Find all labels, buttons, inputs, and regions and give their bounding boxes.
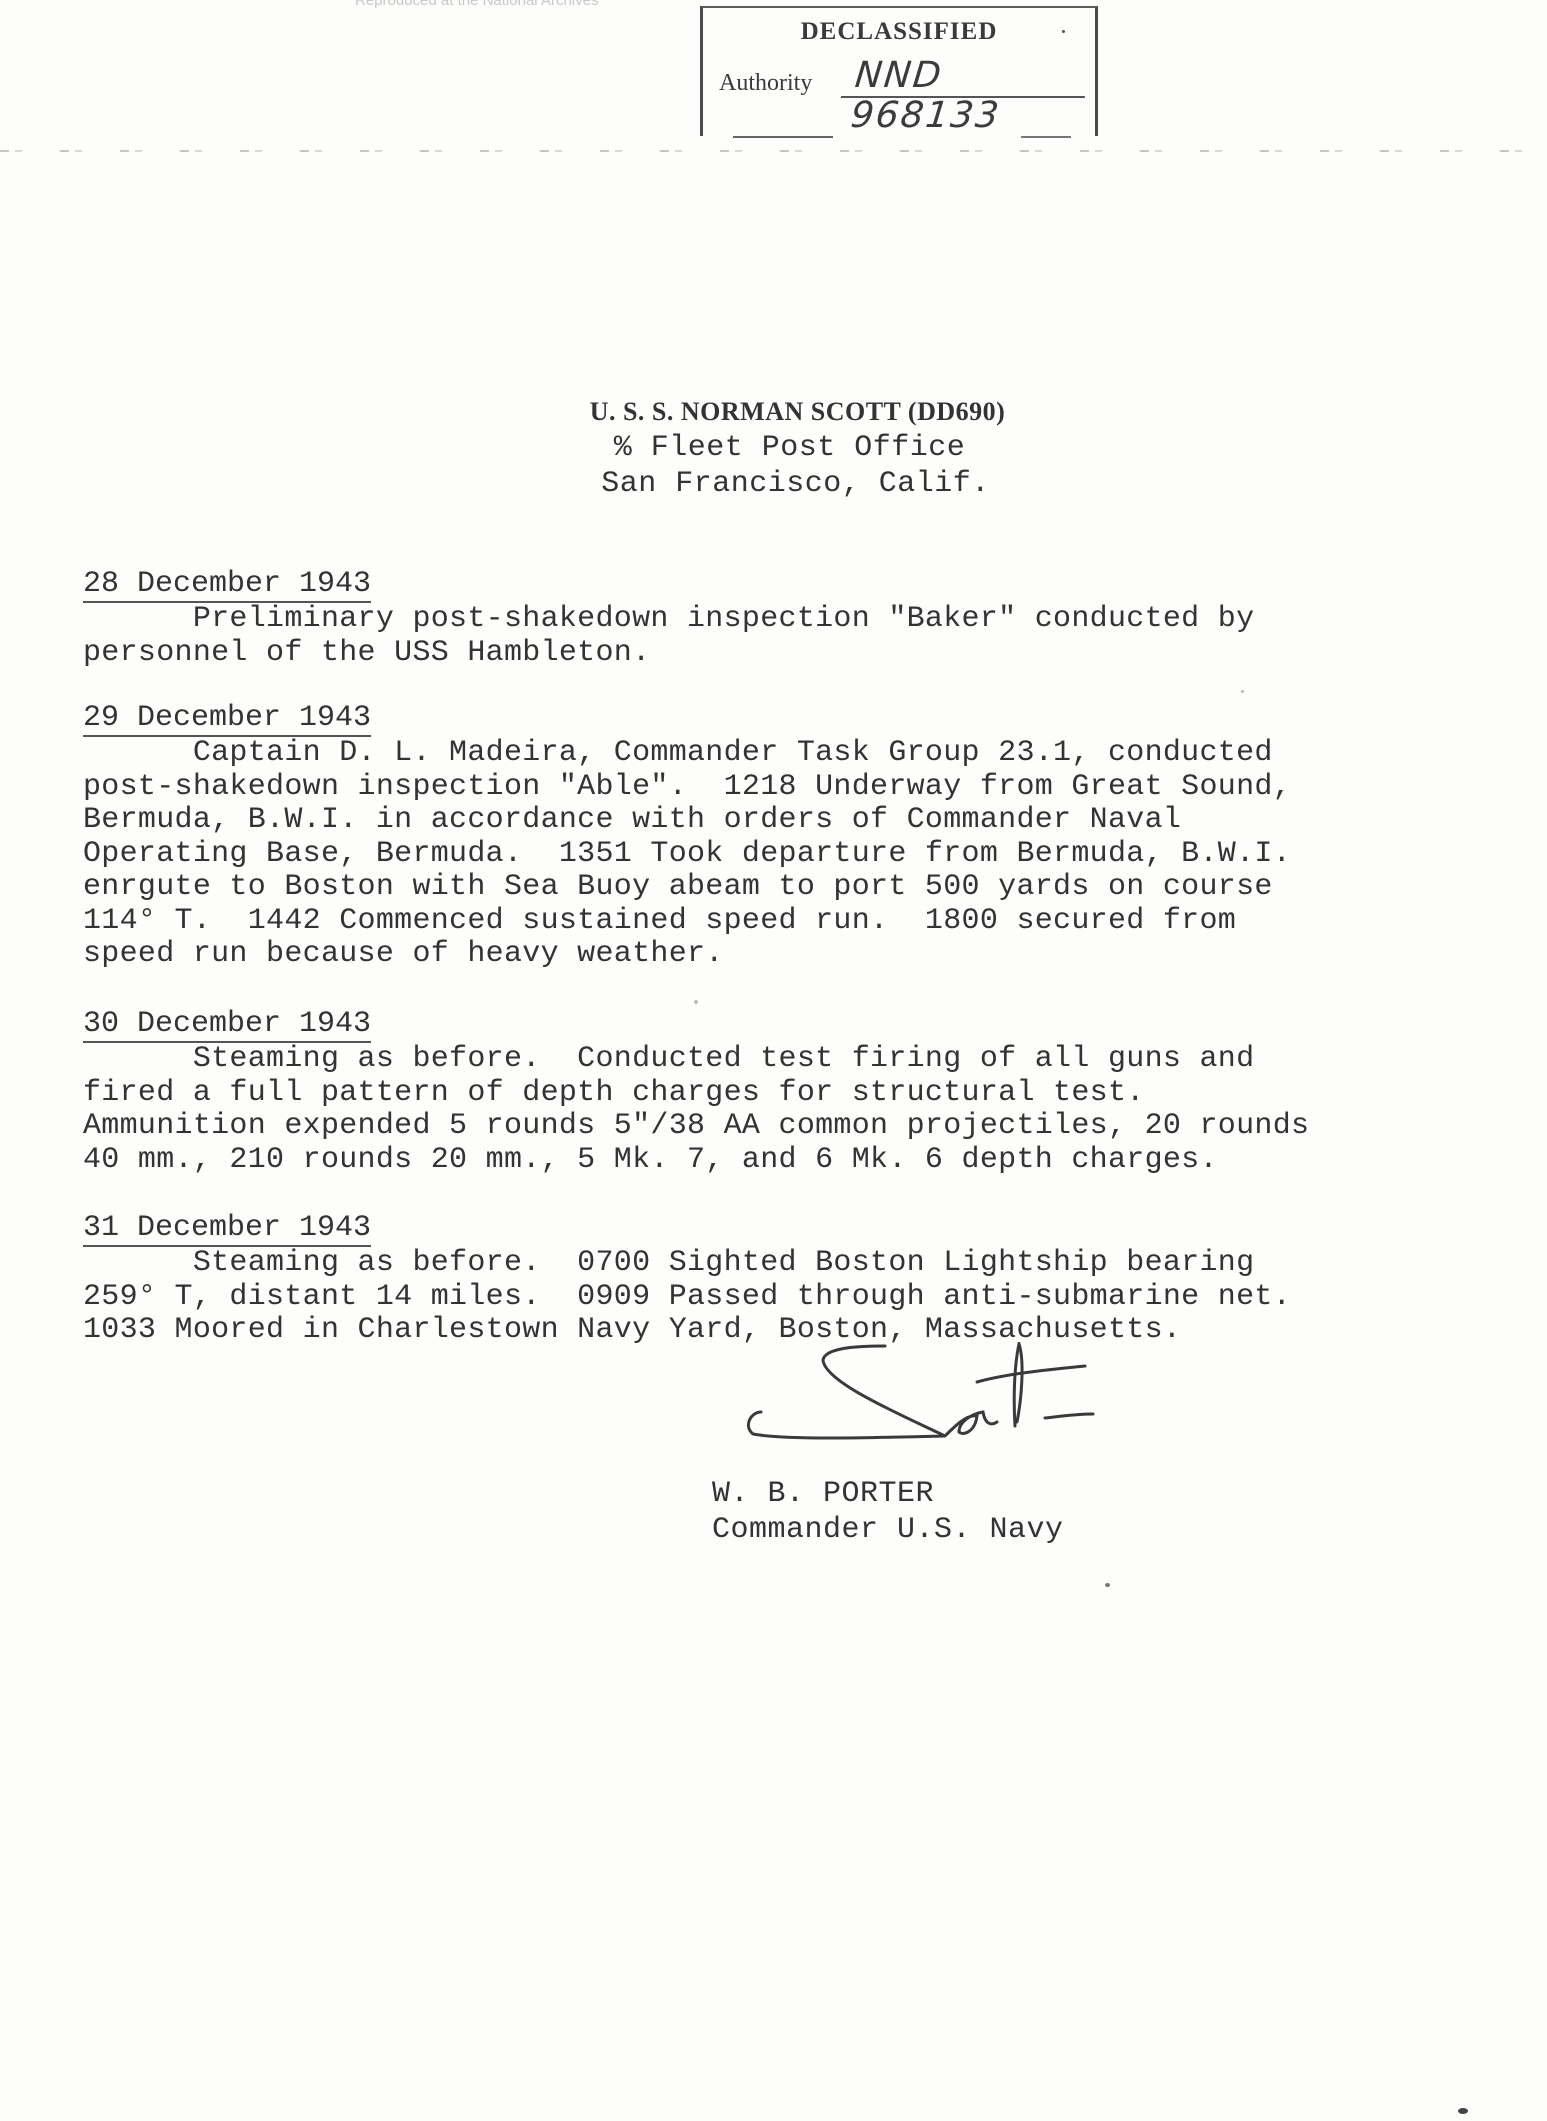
entry-date: 31 December 1943	[83, 1212, 371, 1247]
signer-title: Commander U.S. Navy	[712, 1512, 1064, 1548]
entry-body: Captain D. L. Madeira, Commander Task Gr…	[83, 737, 1463, 972]
log-entry: 28 December 1943 Preliminary post-shaked…	[83, 568, 1463, 670]
entry-body: Preliminary post-shakedown inspection "B…	[83, 603, 1463, 670]
document-page: Reproduced at the National Archives DECL…	[0, 0, 1547, 2121]
signer-name: W. B. PORTER	[712, 1476, 1064, 1512]
letterhead: U. S. S. NORMAN SCOTT (DD690) % Fleet Po…	[0, 394, 1547, 502]
scan-speck	[1105, 1583, 1110, 1587]
entry-body: Steaming as before. Conducted test firin…	[83, 1043, 1463, 1177]
entry-body: Steaming as before. 0700 Sighted Boston …	[83, 1247, 1463, 1348]
archive-credit: Reproduced at the National Archives	[355, 0, 598, 9]
log-entry: 29 December 1943 Captain D. L. Madeira, …	[83, 702, 1463, 972]
entry-date: 28 December 1943	[83, 568, 371, 603]
stamp-dot	[1062, 30, 1065, 33]
letterhead-address-line: % Fleet Post Office	[16, 430, 1547, 466]
log-entry: 30 December 1943 Steaming as before. Con…	[83, 1008, 1463, 1177]
scan-crop-line	[0, 150, 1547, 152]
entry-date: 29 December 1943	[83, 702, 371, 737]
scan-speck	[1458, 2108, 1468, 2114]
stamp-rule	[733, 136, 833, 138]
stamp-rule	[1021, 136, 1071, 138]
letterhead-ship-name: U. S. S. NORMAN SCOTT (DD690)	[24, 394, 1547, 430]
handwritten-signature	[745, 1342, 1105, 1452]
stamp-title: DECLASSIFIED	[703, 18, 1095, 46]
stamp-authority-value: NND 968133	[841, 56, 1089, 98]
scan-speck	[694, 1000, 698, 1004]
scan-speck	[1241, 690, 1244, 693]
declassified-stamp: DECLASSIFIED Authority NND 968133	[700, 6, 1098, 136]
letterhead-address-line: San Francisco, Calif.	[22, 466, 1547, 502]
stamp-authority-label: Authority	[719, 70, 812, 97]
entry-date: 30 December 1943	[83, 1008, 371, 1043]
log-entry: 31 December 1943 Steaming as before. 070…	[83, 1212, 1463, 1348]
signature-block: W. B. PORTER Commander U.S. Navy	[712, 1476, 1064, 1548]
